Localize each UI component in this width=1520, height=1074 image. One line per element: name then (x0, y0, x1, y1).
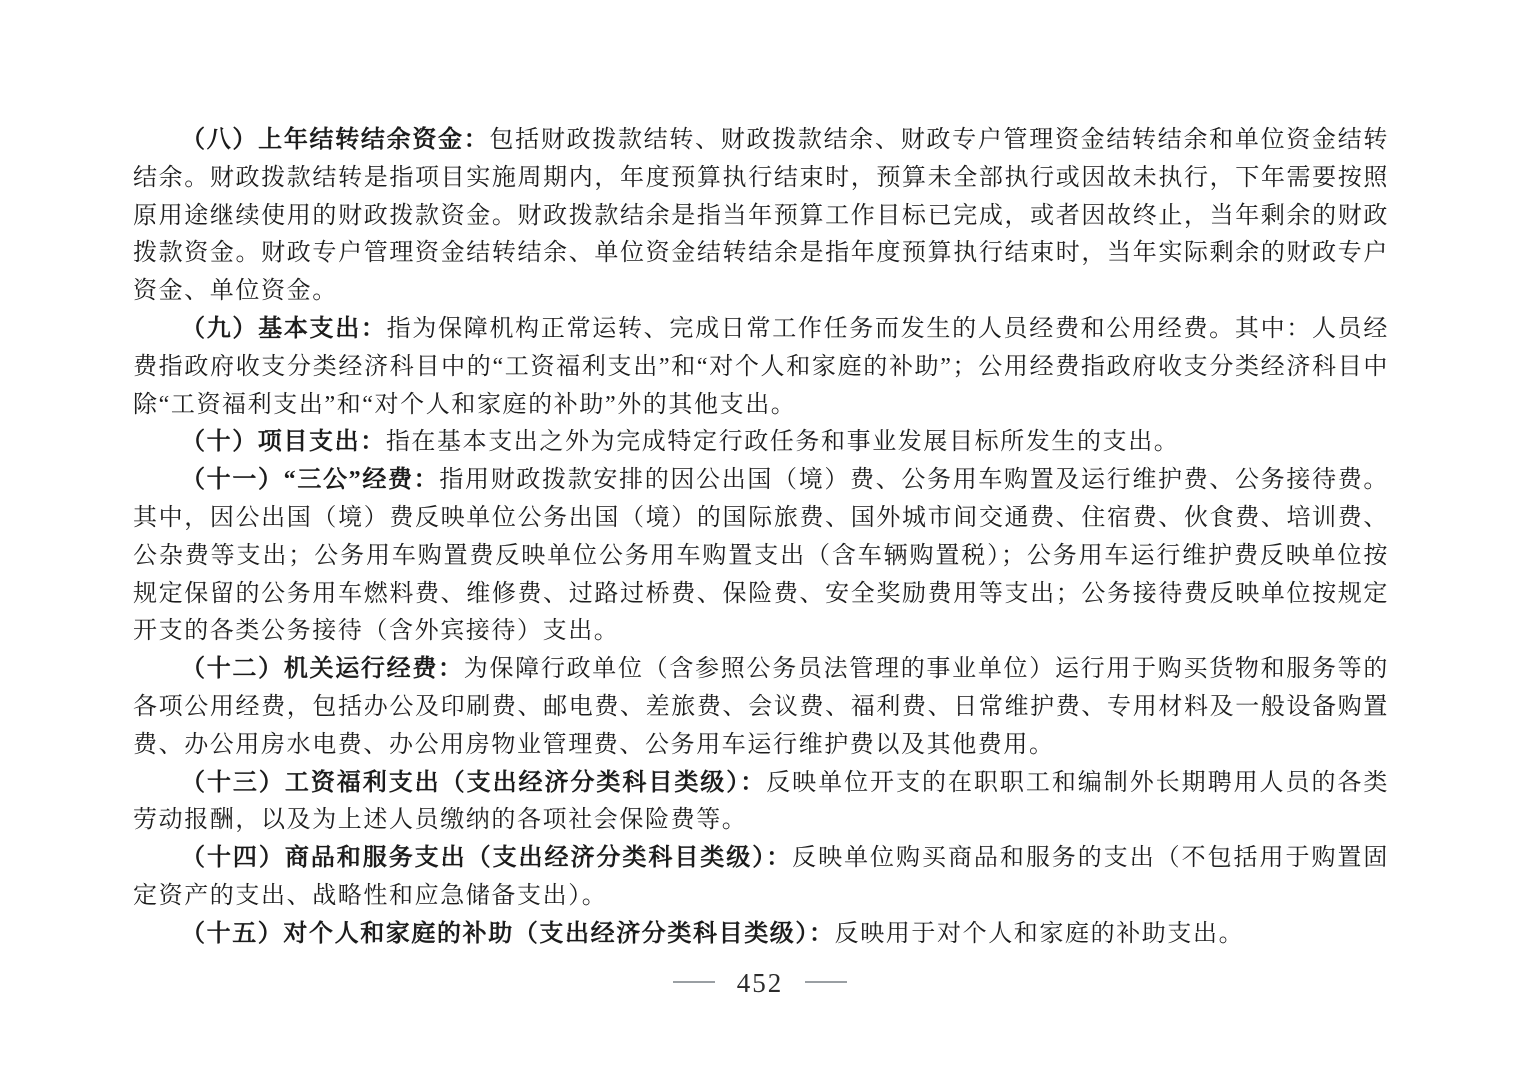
paragraph-label: （十）项目支出： (181, 429, 386, 455)
document-body: （八）上年结转结余资金：包括财政拨款结转、财政拨款结余、财政专户管理资金结转结余… (133, 122, 1389, 954)
paragraph-item-9: （九）基本支出：指为保障机构正常运转、完成日常工作任务而发生的人员经费和公用经费… (133, 311, 1389, 424)
footer-dash-left-icon (673, 981, 715, 983)
page-footer: 452 (0, 966, 1520, 999)
paragraph-label: （十二）机关运行经费： (181, 656, 464, 682)
paragraph-label: （九）基本支出： (181, 316, 387, 342)
page-number: 452 (737, 968, 784, 999)
paragraph-label: （十三）工资福利支出（支出经济分类科目类级）： (181, 770, 766, 796)
paragraph-item-13: （十三）工资福利支出（支出经济分类科目类级）：反映单位开支的在职职工和编制外长期… (133, 765, 1389, 841)
paragraph-body: 包括财政拨款结转、财政拨款结余、财政专户管理资金结转结余和单位资金结转结余。财政… (133, 127, 1389, 304)
paragraph-label: （十五）对个人和家庭的补助（支出经济分类科目类级）： (181, 921, 835, 947)
paragraph-label: （十四）商品和服务支出（支出经济分类科目类级）： (181, 845, 792, 871)
paragraph-item-11: （十一）“三公”经费：指用财政拨款安排的因公出国（境）费、公务用车购置及运行维护… (133, 462, 1389, 651)
footer-dash-right-icon (805, 981, 847, 983)
paragraph-item-10: （十）项目支出：指在基本支出之外为完成特定行政任务和事业发展目标所发生的支出。 (133, 424, 1389, 462)
document-page: （八）上年结转结余资金：包括财政拨款结转、财政拨款结余、财政专户管理资金结转结余… (0, 0, 1520, 1074)
paragraph-item-8: （八）上年结转结余资金：包括财政拨款结转、财政拨款结余、财政专户管理资金结转结余… (133, 122, 1389, 311)
paragraph-item-15: （十五）对个人和家庭的补助（支出经济分类科目类级）：反映用于对个人和家庭的补助支… (133, 916, 1389, 954)
paragraph-body: 反映用于对个人和家庭的补助支出。 (835, 921, 1245, 947)
paragraph-body: 指在基本支出之外为完成特定行政任务和事业发展目标所发生的支出。 (386, 429, 1180, 455)
paragraph-body: 指用财政拨款安排的因公出国（境）费、公务用车购置及运行维护费、公务接待费。其中，… (133, 467, 1389, 644)
paragraph-item-12: （十二）机关运行经费：为保障行政单位（含参照公务员法管理的事业单位）运行用于购买… (133, 651, 1389, 764)
paragraph-label: （十一）“三公”经费： (181, 467, 439, 493)
paragraph-item-14: （十四）商品和服务支出（支出经济分类科目类级）：反映单位购买商品和服务的支出（不… (133, 840, 1389, 916)
paragraph-label: （八）上年结转结余资金： (181, 127, 489, 153)
